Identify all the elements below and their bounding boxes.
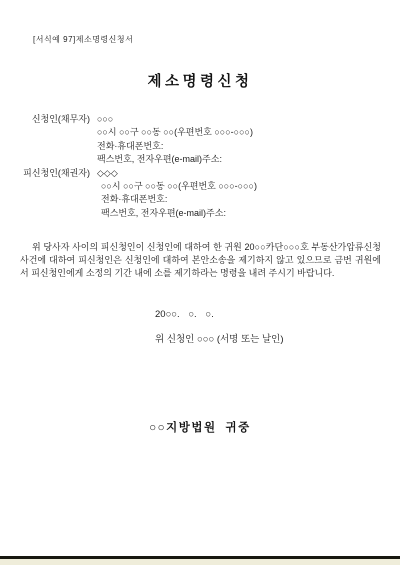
scan-bottom-edge-strip [0, 559, 400, 565]
respondent-head: 피신청인(채권자) ◇◇◇ [20, 167, 386, 180]
court-suffix: 귀중 [226, 422, 251, 434]
applicant-head: 신청인(채무자) ○○○ [20, 113, 386, 126]
respondent-party: 피신청인(채권자) ◇◇◇ ○○시 ○○구 ○○동 ○○(우편번호 ○○○-○○… [20, 167, 386, 221]
petition-body-paragraph: 위 당사자 사이의 피신청인이 신청인에 대하여 한 귀원 20○○카단○○○호… [20, 241, 381, 281]
applicant-fax-email: 팩스번호, 전자우편(e-mail)주소: [97, 153, 386, 166]
respondent-fax-email: 팩스번호, 전자우편(e-mail)주소: [101, 207, 386, 220]
form-reference-label: [서식예 97]제소명령신청서 [33, 34, 133, 45]
court-name: ○○지방법원 [149, 422, 216, 434]
applicant-party: 신청인(채무자) ○○○ ○○시 ○○구 ○○동 ○○(우편번호 ○○○-○○○… [20, 113, 386, 167]
date-line: 20○○. ○. ○. [155, 309, 214, 320]
respondent-phone: 전화·휴대폰번호: [101, 193, 386, 206]
document-title: 제소명령신청 [0, 70, 400, 91]
applicant-name: ○○○ [97, 113, 113, 126]
applicant-phone: 전화·휴대폰번호: [97, 140, 386, 153]
applicant-address: ○○시 ○○구 ○○동 ○○(우편번호 ○○○-○○○) [97, 126, 386, 139]
applicant-role-label: 신청인(채무자) [20, 113, 90, 126]
signature-line: 위 신청인 ○○○ (서명 또는 날인) [155, 331, 284, 345]
court-address-line: ○○지방법원귀중 [0, 419, 400, 435]
respondent-name: ◇◇◇ [97, 167, 118, 180]
respondent-address: ○○시 ○○구 ○○동 ○○(우편번호 ○○○-○○○) [101, 180, 386, 193]
party-section: 신청인(채무자) ○○○ ○○시 ○○구 ○○동 ○○(우편번호 ○○○-○○○… [20, 113, 386, 220]
document-page: [서식예 97]제소명령신청서 제소명령신청 신청인(채무자) ○○○ ○○시 … [0, 0, 400, 565]
respondent-role-label: 피신청인(채권자) [20, 167, 90, 180]
